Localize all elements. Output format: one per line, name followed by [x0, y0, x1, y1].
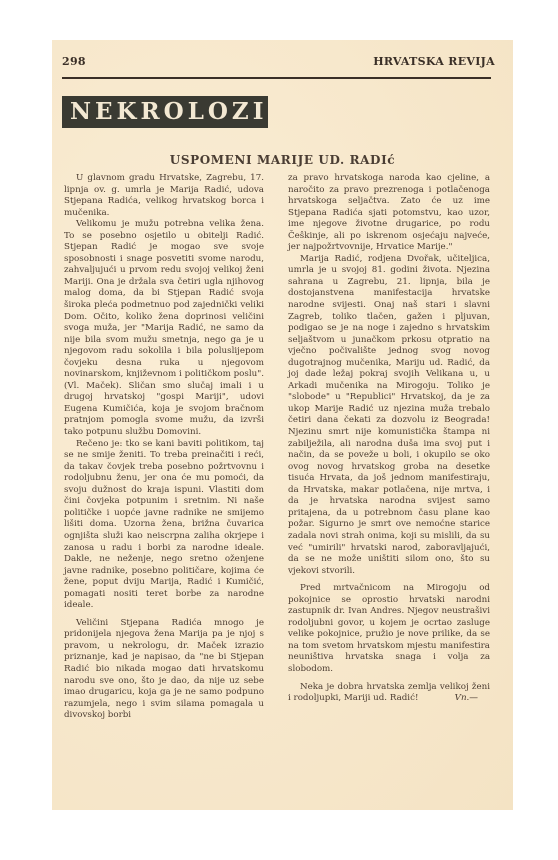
paragraph: Marija Radić, rodjena Dvořak, učiteljica… — [288, 254, 490, 577]
paragraph: Veličini Stjepana Radića mnogo je pridon… — [64, 618, 264, 722]
page-number: 298 — [62, 55, 86, 68]
section-banner: NEKROLOZI — [62, 96, 268, 128]
running-head: 298 HRVATSKA REVIJA — [62, 55, 495, 68]
paragraph: Pred mrtvačnicom na Mirogoju od pokojnic… — [288, 583, 490, 675]
paragraph: za pravo hrvatskoga naroda kao cjeline, … — [288, 173, 490, 254]
paragraph: Rečeno je: tko se kani baviti politikom,… — [64, 439, 264, 612]
left-column: U glavnom gradu Hrvatske, Zagrebu, 17. l… — [64, 173, 264, 722]
header-rule — [62, 77, 491, 79]
publication-title: HRVATSKA REVIJA — [373, 55, 495, 68]
paragraph: Velikomu je mužu potrebna velika žena. T… — [64, 219, 264, 438]
right-column: za pravo hrvatskoga naroda kao cjeline, … — [288, 173, 490, 705]
magazine-page: 298 HRVATSKA REVIJA NEKROLOZI USPOMENI M… — [52, 40, 513, 810]
paragraph: U glavnom gradu Hrvatske, Zagrebu, 17. l… — [64, 173, 264, 219]
article-title: USPOMENI MARIJE UD. RADIć — [52, 153, 513, 167]
